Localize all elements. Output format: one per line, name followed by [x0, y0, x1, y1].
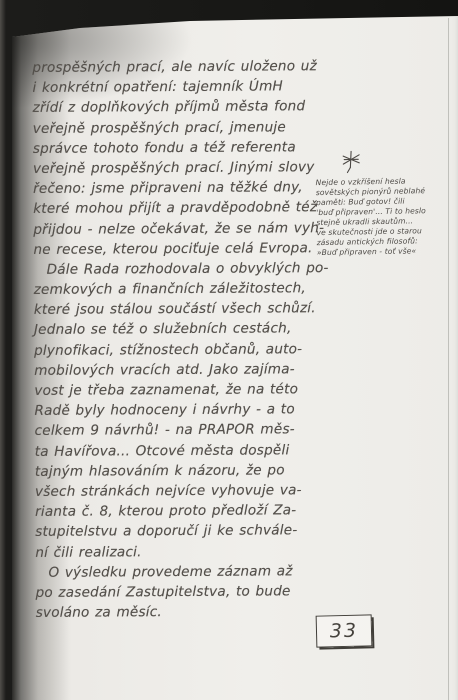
margin-note-text: Nejde o vzkříšení hesla sovětských pioný… [316, 176, 441, 258]
text-line: veřejně prospěšných prací. Jinými slovy [33, 157, 323, 179]
asterisk-icon [341, 150, 361, 174]
page-edge-line [448, 18, 449, 700]
text-line: Dále Rada rozhodovala o obvyklých po- [34, 258, 324, 280]
text-line: svoláno za měsíc. [36, 601, 326, 623]
handwritten-body: prospěšných prací, ale navíc uloženo už … [32, 56, 325, 623]
text-line: všech stránkách nejvíce vyhovuje va- [35, 480, 325, 502]
text-line: vost je třeba zaznamenat, že na této [34, 379, 324, 401]
notebook-page: prospěšných prací, ale navíc uloženo už … [0, 0, 458, 700]
text-line: ne recese, kterou pociťuje celá Evropa. [33, 238, 323, 260]
text-line: celkem 9 návrhů! - na PRAPOR měs- [34, 419, 324, 441]
note-line: »Buď připraven - toť vše« [317, 246, 441, 258]
text-line: ní čili realizaci. [35, 541, 325, 563]
text-line: plynofikaci, stížnostech občanů, auto- [34, 339, 324, 361]
page-number-box: 33 [316, 614, 373, 647]
text-line: tajným hlasováním k názoru, že po [35, 460, 325, 482]
text-line: zemkových a finančních záležitostech, [34, 278, 324, 300]
text-line: stupitelstvu a doporučí ji ke schvále- [35, 520, 325, 542]
text-line: přijdou - nelze očekávat, že se nám vyh- [33, 218, 323, 240]
text-line: které mohou přijít a pravděpodobně též [33, 197, 323, 219]
text-line: správce tohoto fondu a též referenta [33, 137, 323, 159]
text-line: které jsou stálou součástí všech schůzí. [34, 298, 324, 320]
text-line: ta Havířova... Otcové města dospěli [35, 440, 325, 462]
text-line: O výsledku provedeme záznam až [35, 561, 325, 583]
text-line: prospěšných prací, ale navíc uloženo už [32, 56, 322, 78]
text-line: veřejně prospěšných prací, jmenuje [33, 117, 323, 139]
text-line: Radě byly hodnoceny i návrhy - a to [34, 399, 324, 421]
scanned-notebook-photo: prospěšných prací, ale navíc uloženo už … [0, 0, 458, 700]
text-line: Jednalo se též o služebních cestách, [34, 319, 324, 341]
text-line: i konkrétní opatření: tajemník ÚmH [32, 76, 322, 98]
text-line: řečeno: jsme připraveni na těžké dny, [33, 177, 323, 199]
text-line: zřídí z doplňkových příjmů města fond [33, 96, 323, 118]
margin-note: Nejde o vzkříšení hesla sovětských pioný… [315, 149, 441, 258]
text-line: rianta č. 8, kterou proto předloží Za- [35, 500, 325, 522]
text-line: mobilových vracích atd. Jako zajíma- [34, 359, 324, 381]
page-number: 33 [330, 620, 359, 643]
text-line: po zasedání Zastupitelstva, to bude [35, 581, 325, 603]
